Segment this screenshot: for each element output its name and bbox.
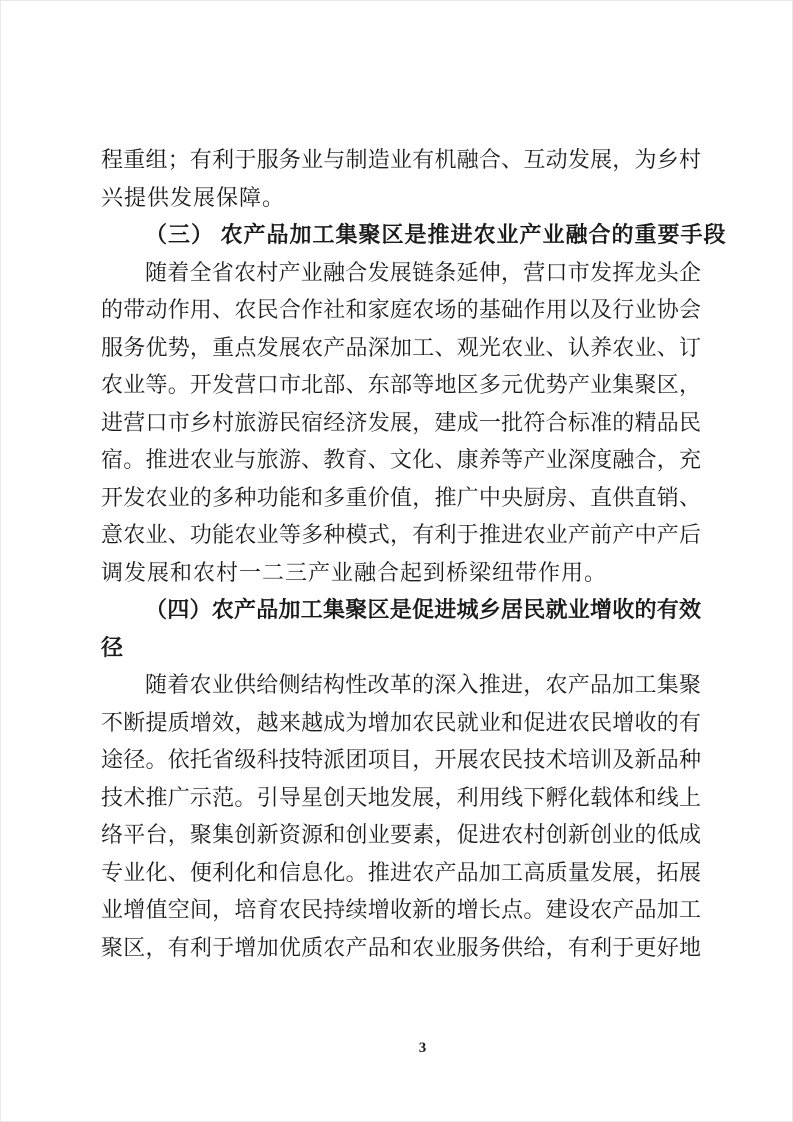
text-line: 随着全省农村产业融合发展链条延伸，营口市发挥龙头企业 xyxy=(101,254,701,292)
page-footer: 3 xyxy=(1,1039,792,1057)
text-line: 农业等。开发营口市北部、东部等地区多元优势产业集聚区，推 xyxy=(101,366,701,404)
text-line: 途径。依托省级科技特派团项目，开展农民技术培训及新品种新 xyxy=(101,741,701,779)
text-line: 络平台，聚集创新资源和创业要素，促进农村创新创业的低成本、 xyxy=(101,816,701,854)
text-line: 业增值空间，培育农民持续增收新的增长点。建设农产品加工集 xyxy=(101,891,701,929)
text-line: 意农业、功能农业等多种模式，有利于推进农业产前产中产后协 xyxy=(101,516,701,554)
heading-line: （四）农产品加工集聚区是促进城乡居民就业增收的有效途 xyxy=(101,591,701,629)
text-line: 进营口市乡村旅游民宿经济发展，建成一批符合标准的精品民 xyxy=(101,404,701,442)
text-line: 随着农业供给侧结构性改革的深入推进，农产品加工集聚区 xyxy=(101,666,701,704)
text-line: 宿。推进农业与旅游、教育、文化、康养等产业深度融合，充分 xyxy=(101,441,701,479)
page-number: 3 xyxy=(419,1040,427,1057)
text-line: 的带动作用、农民合作社和家庭农场的基础作用以及行业协会的 xyxy=(101,291,701,329)
text-line: 不断提质增效，越来越成为增加农民就业和促进农民增收的有效 xyxy=(101,704,701,742)
heading-line: 径 xyxy=(101,629,701,667)
document-page: 程重组；有利于服务业与制造业有机融合、互动发展，为乡村振兴提供发展保障。（三） … xyxy=(0,0,793,1122)
text-line: 调发展和农村一二三产业融合起到桥梁纽带作用。 xyxy=(101,554,701,592)
text-line: 开发农业的多种功能和多重价值，推广中央厨房、直供直销、创 xyxy=(101,479,701,517)
heading-line: （三） 农产品加工集聚区是推进农业产业融合的重要手段 xyxy=(101,216,701,254)
text-line: 技术推广示范。引导星创天地发展，利用线下孵化载体和线上网 xyxy=(101,779,701,817)
text-line: 兴提供发展保障。 xyxy=(101,179,701,217)
text-line: 专业化、便利化和信息化。推进农产品加工高质量发展，拓展农 xyxy=(101,854,701,892)
text-line: 程重组；有利于服务业与制造业有机融合、互动发展，为乡村振 xyxy=(101,141,701,179)
text-line: 聚区，有利于增加优质农产品和农业服务供给，有利于更好地满 xyxy=(101,929,701,967)
text-line: 服务优势，重点发展农产品深加工、观光农业、认养农业、订单 xyxy=(101,329,701,367)
document-body: 程重组；有利于服务业与制造业有机融合、互动发展，为乡村振兴提供发展保障。（三） … xyxy=(101,141,701,966)
